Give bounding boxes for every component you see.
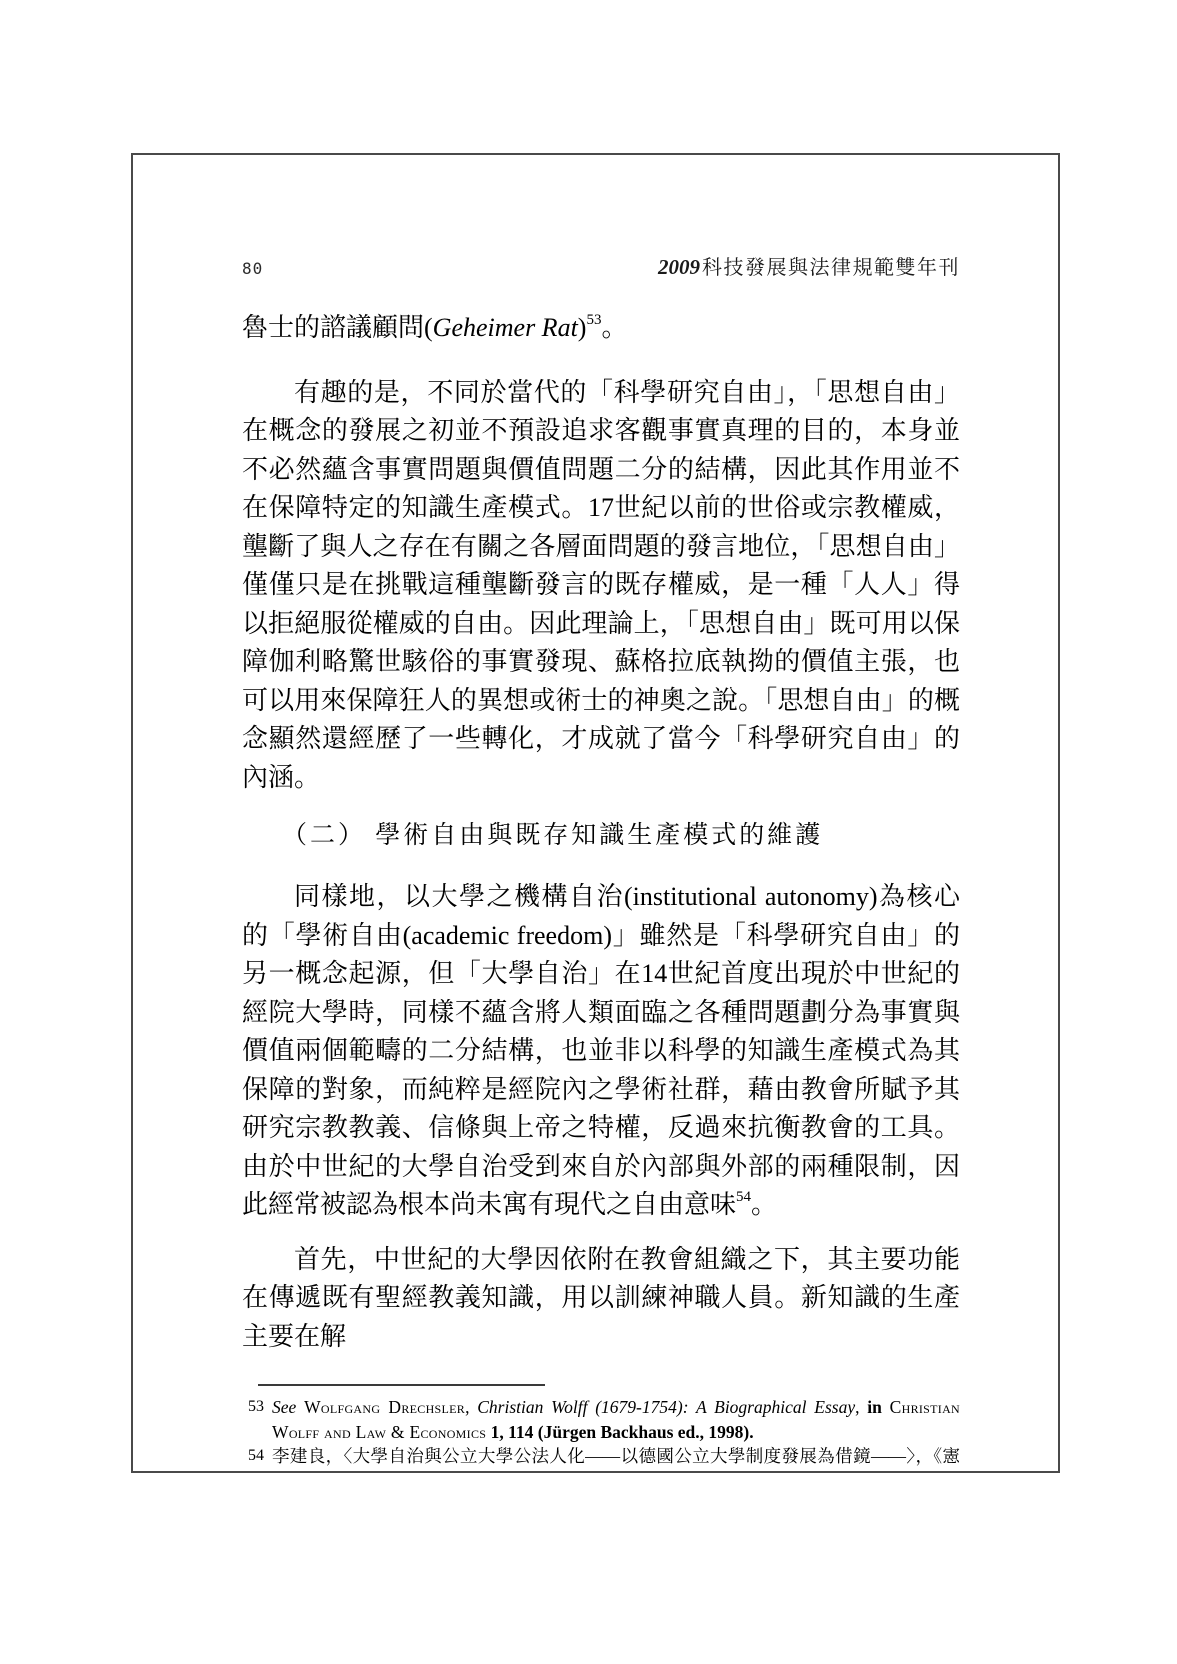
footnote-54-text: 李建良，〈大學自治與公立大學公法人化——以德國公立大學制度發展為借鏡——〉，《憲… xyxy=(272,1444,960,1473)
paragraph-2-tail: 。 xyxy=(751,1190,777,1219)
footnote-53-marker: 53 xyxy=(242,1395,272,1420)
footnote-53-seg-pages: 1, 114 (Jürgen Backhaus ed., 1998). xyxy=(486,1422,753,1442)
footnote-ref-54: 54 xyxy=(736,1189,751,1205)
journal-title: 2009科技發展與法律規範雙年刊 xyxy=(658,251,960,280)
section-heading: （二） 學術自由與既存知識生產模式的維護 xyxy=(242,819,960,853)
footnote-53-seg-comma2: , xyxy=(855,1397,867,1417)
paragraph-1: 有趣的是，不同於當代的「科學研究自由」，「思想自由」在概念的發展之初並不預設追求… xyxy=(242,374,960,798)
paragraph-continuation: 魯士的諮議顧問(Geheimer Rat)53。 xyxy=(242,309,960,348)
paragraph-continuation-text: 魯士的諮議顧問( xyxy=(242,313,433,342)
footnote-53-seg-comma1: , xyxy=(465,1397,477,1417)
footnote-ref-53: 53 xyxy=(586,312,601,328)
journal-title-text: 科技發展與法律規範雙年刊 xyxy=(702,257,960,279)
paragraph-3: 首先，中世紀的大學因依附在教會組織之下，其主要功能在傳遞既有聖經教義知識，用以訓… xyxy=(242,1241,960,1357)
footnote-54-marker: 54 xyxy=(242,1444,272,1469)
footnote-separator xyxy=(258,1384,545,1386)
footnote-54: 54 李建良，〈大學自治與公立大學公法人化——以德國公立大學制度發展為借鏡——〉… xyxy=(242,1444,960,1473)
footnote-54-seg-citation: 李建良，〈大學自治與公立大學公法人化——以德國公立大學制度發展為借鏡——〉，《憲… xyxy=(272,1446,960,1473)
footnote-53: 53 See Wolfgang Drechsler, Christian Wol… xyxy=(242,1395,960,1444)
paragraph-2-text: 同樣地，以大學之機構自治(institutional autonomy)為核心的… xyxy=(242,882,960,1219)
journal-year: 2009 xyxy=(658,255,700,279)
page-frame: 80 2009科技發展與法律規範雙年刊 魯士的諮議顧問(Geheimer Rat… xyxy=(131,153,1060,1473)
page-number: 80 xyxy=(242,259,263,278)
footnote-53-seg-see: See xyxy=(272,1397,304,1417)
page-content: 80 2009科技發展與法律規範雙年刊 魯士的諮議顧問(Geheimer Rat… xyxy=(242,155,960,1473)
footnotes-section: 53 See Wolfgang Drechsler, Christian Wol… xyxy=(242,1395,960,1473)
paragraph-continuation-tail: 。 xyxy=(601,313,627,342)
paragraph-2: 同樣地，以大學之機構自治(institutional autonomy)為核心的… xyxy=(242,878,960,1225)
footnote-53-seg-author: Wolfgang Drechsler xyxy=(304,1397,465,1417)
latin-term: Geheimer Rat xyxy=(433,313,578,342)
page-header: 80 2009科技發展與法律規範雙年刊 xyxy=(242,251,960,281)
footnote-53-text: See Wolfgang Drechsler, Christian Wolff … xyxy=(272,1395,960,1444)
footnote-53-seg-title: Christian Wolff (1679-1754): A Biographi… xyxy=(477,1397,855,1417)
footnote-53-seg-in: in xyxy=(867,1397,882,1417)
footnote-53-seg-space xyxy=(882,1397,890,1417)
